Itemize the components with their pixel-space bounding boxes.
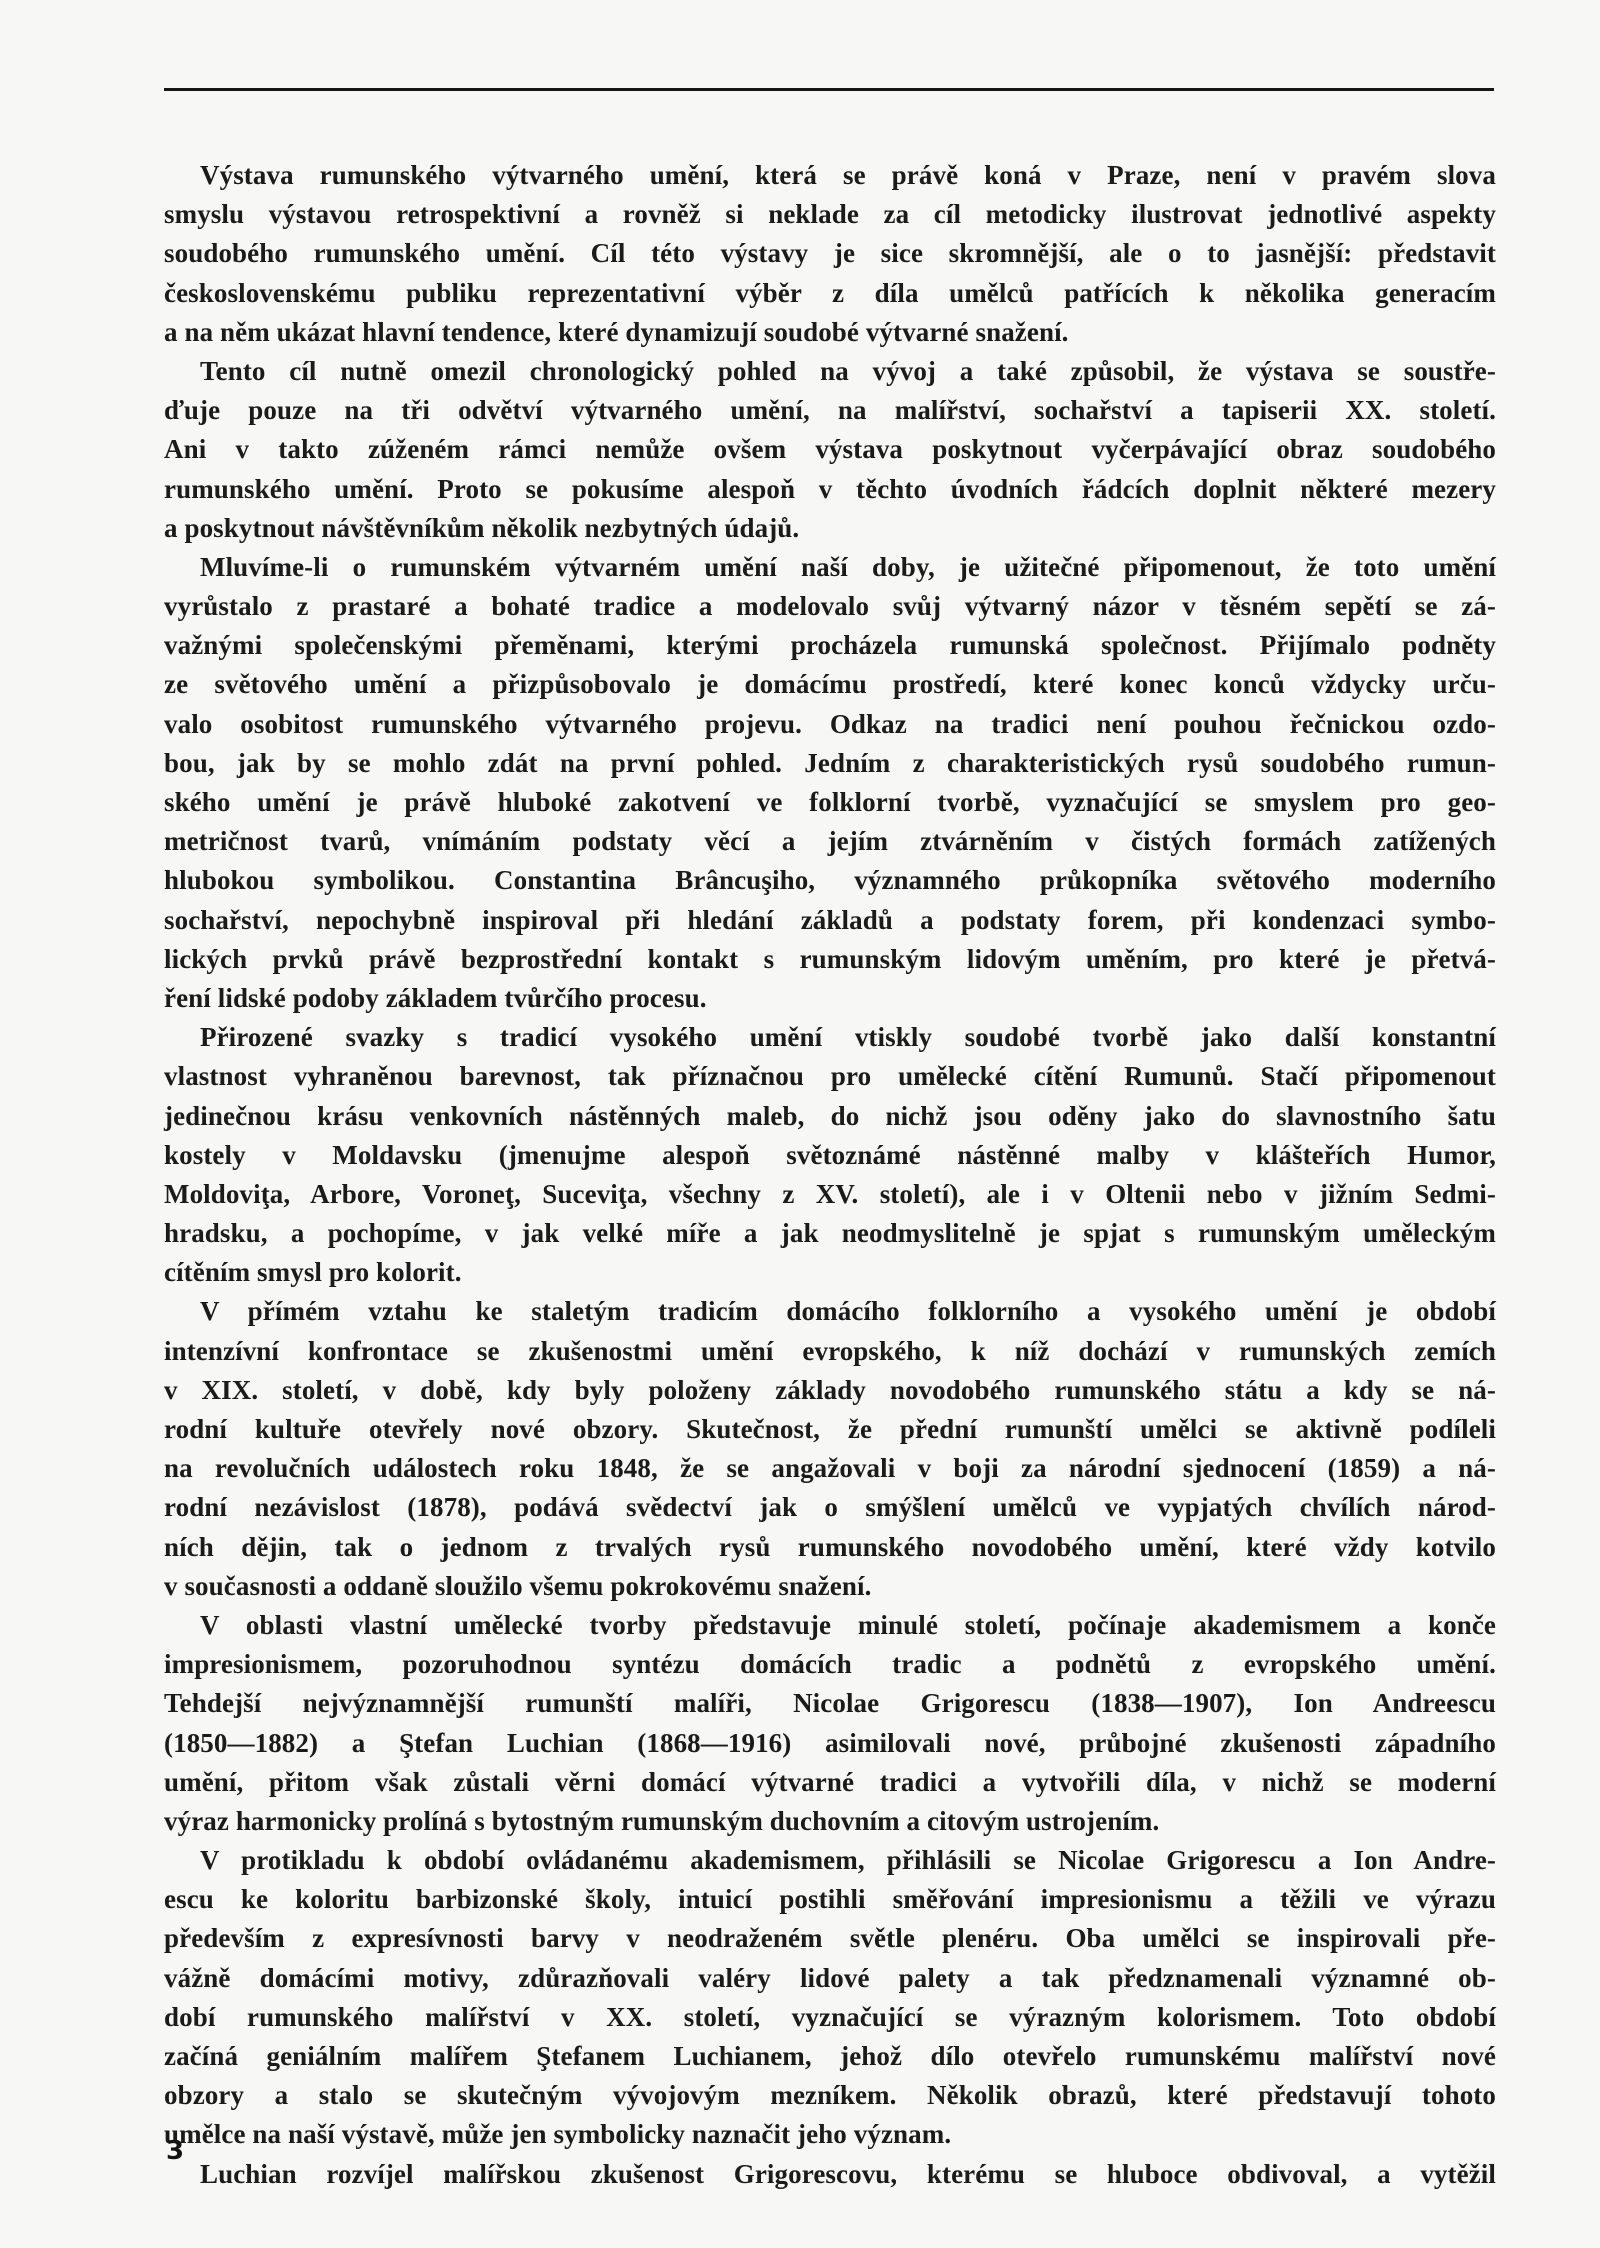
text-line: ze světového umění a přizpůsobovalo je d… [164,665,1496,704]
text-line: Luchian rozvíjel malířskou zkušenost Gri… [164,2155,1496,2194]
text-line-content: na revolučních událostech roku 1848, že … [164,1449,1496,1488]
text-line: a na něm ukázat hlavní tendence, které d… [164,313,1496,352]
text-line-content: rodní kultuře otevřely nové obzory. Skut… [164,1410,1496,1449]
text-line: Přirozené svazky s tradicí vysokého uměn… [164,1018,1496,1057]
header-rule [164,88,1494,91]
text-line: (1850—1882) a Ştefan Luchian (1868—1916)… [164,1724,1496,1763]
text-line-content: escu ke koloritu barbizonské školy, intu… [164,1880,1496,1919]
text-line-content: vlastnost vyhraněnou barevnost, tak příz… [164,1057,1496,1096]
text-line-content: a poskytnout návštěvníkům několik nezbyt… [164,509,1496,548]
text-line: sochařství, nepochybně inspiroval při hl… [164,901,1496,940]
text-line: rumunského umění. Proto se pokusíme ales… [164,470,1496,509]
text-line: kostely v Moldavsku (jmenujme alespoň sv… [164,1136,1496,1175]
paragraph: Přirozené svazky s tradicí vysokého uměn… [164,1018,1496,1292]
paragraph: Tento cíl nutně omezil chronologický poh… [164,352,1496,548]
text-line-content: ření lidské podoby základem tvůrčího pro… [164,979,1496,1018]
text-line-content: kostely v Moldavsku (jmenujme alespoň sv… [164,1136,1496,1175]
text-line-content: soudobého rumunského umění. Cíl této výs… [164,234,1496,273]
text-line: lických prvků právě bezprostřední kontak… [164,940,1496,979]
text-line-content: rumunského umění. Proto se pokusíme ales… [164,470,1496,509]
text-line-content: vyrůstalo z prastaré a bohaté tradice a … [164,587,1496,626]
text-line-content: obzory a stalo se skutečným vývojovým me… [164,2076,1496,2115]
text-line-content: impresionismem, pozoruhodnou syntézu dom… [164,1645,1496,1684]
text-line-content: smyslu výstavou retrospektivní a rovněž … [164,195,1496,234]
text-line-content: Tehdejší nejvýznamnější rumunští malíři,… [164,1684,1496,1723]
text-line: jedinečnou krásu venkovních nástěnných m… [164,1097,1496,1136]
text-line-content: rodní nezávislost (1878), podává svědect… [164,1488,1496,1527]
text-line-content: V oblasti vlastní umělecké tvorby předst… [200,1606,1496,1645]
text-line: začíná geniálním malířem Ştefanem Luchia… [164,2037,1496,2076]
text-line-content: umění, přitom však zůstali věrni domácí … [164,1763,1496,1802]
text-line-content: lických prvků právě bezprostřední kontak… [164,940,1496,979]
page-number: 3 [166,2136,184,2166]
text-line-content: Výstava rumunského výtvarného umění, kte… [200,156,1496,195]
text-line-content: (1850—1882) a Ştefan Luchian (1868—1916)… [164,1724,1496,1763]
text-line-content: hradsku, a pochopíme, v jak velké míře a… [164,1214,1496,1253]
text-line-content: výraz harmonicky prolíná s bytostným rum… [164,1802,1496,1841]
text-line: dobí rumunského malířství v XX. století,… [164,1998,1496,2037]
text-line-content: Tento cíl nutně omezil chronologický poh… [200,352,1496,391]
text-line: Výstava rumunského výtvarného umění, kte… [164,156,1496,195]
paragraph: Luchian rozvíjel malířskou zkušenost Gri… [164,2155,1496,2194]
article-body: Výstava rumunského výtvarného umění, kte… [164,156,1496,2194]
text-line: Moldoviţa, Arbore, Voroneţ, Suceviţa, vš… [164,1175,1496,1214]
text-line: v XIX. století, v době, kdy byly položen… [164,1371,1496,1410]
text-line: vlastnost vyhraněnou barevnost, tak příz… [164,1057,1496,1096]
text-line-content: ďuje pouze na tři odvětví výtvarného umě… [164,391,1496,430]
text-line: ření lidské podoby základem tvůrčího pro… [164,979,1496,1018]
text-line-content: Moldoviţa, Arbore, Voroneţ, Suceviţa, vš… [164,1175,1496,1214]
text-line: ského umění je právě hluboké zakotvení v… [164,783,1496,822]
text-line-content: sochařství, nepochybně inspiroval při hl… [164,901,1496,940]
text-line-content: V protikladu k období ovládanému akademi… [200,1841,1496,1880]
text-line: československému publiku reprezentativní… [164,274,1496,313]
text-line-content: valo osobitost rumunského výtvarného pro… [164,705,1496,744]
text-line-content: Přirozené svazky s tradicí vysokého uměn… [200,1018,1496,1057]
text-line: V přímém vztahu ke staletým tradicím dom… [164,1292,1496,1331]
text-line: rodní nezávislost (1878), podává svědect… [164,1488,1496,1527]
text-line-content: ních dějin, tak o jednom z trvalých rysů… [164,1528,1496,1567]
text-line-content: važnými společenskými přeměnami, kterými… [164,626,1496,665]
text-line: vážně domácími motivy, zdůrazňovali valé… [164,1959,1496,1998]
text-line: soudobého rumunského umění. Cíl této výs… [164,234,1496,273]
text-line: valo osobitost rumunského výtvarného pro… [164,705,1496,744]
text-line-content: ze světového umění a přizpůsobovalo je d… [164,665,1496,704]
text-line: na revolučních událostech roku 1848, že … [164,1449,1496,1488]
text-line-content: jedinečnou krásu venkovních nástěnných m… [164,1097,1496,1136]
text-line: umělce na naší výstavě, může jen symboli… [164,2115,1496,2154]
text-line: Mluvíme-li o rumunském výtvarném umění n… [164,548,1496,587]
text-line: escu ke koloritu barbizonské školy, intu… [164,1880,1496,1919]
paragraph: V protikladu k období ovládanému akademi… [164,1841,1496,2155]
text-line-content: dobí rumunského malířství v XX. století,… [164,1998,1496,2037]
text-line: Ani v takto zúženém rámci nemůže ovšem v… [164,430,1496,469]
text-line: bou, jak by se mohlo zdát na první pohle… [164,744,1496,783]
text-line: V oblasti vlastní umělecké tvorby předst… [164,1606,1496,1645]
text-line-content: metričnost tvarů, vnímáním podstaty věcí… [164,822,1496,861]
paragraph: Mluvíme-li o rumunském výtvarném umění n… [164,548,1496,1018]
text-line: obzory a stalo se skutečným vývojovým me… [164,2076,1496,2115]
paragraph: V oblasti vlastní umělecké tvorby předst… [164,1606,1496,1841]
text-line-content: Ani v takto zúženém rámci nemůže ovšem v… [164,430,1496,469]
text-line-content: V přímém vztahu ke staletým tradicím dom… [200,1292,1496,1331]
text-line: intenzívní konfrontace se zkušenostmi um… [164,1332,1496,1371]
text-line: smyslu výstavou retrospektivní a rovněž … [164,195,1496,234]
text-line-content: Luchian rozvíjel malířskou zkušenost Gri… [200,2155,1496,2194]
text-line: ních dějin, tak o jednom z trvalých rysů… [164,1528,1496,1567]
text-line-content: a na něm ukázat hlavní tendence, které d… [164,313,1496,352]
text-line: a poskytnout návštěvníkům několik nezbyt… [164,509,1496,548]
text-line: cítěním smysl pro kolorit. [164,1253,1496,1292]
text-line: hradsku, a pochopíme, v jak velké míře a… [164,1214,1496,1253]
text-line: rodní kultuře otevřely nové obzory. Skut… [164,1410,1496,1449]
text-line: výraz harmonicky prolíná s bytostným rum… [164,1802,1496,1841]
text-line-content: intenzívní konfrontace se zkušenostmi um… [164,1332,1496,1371]
paragraph: Výstava rumunského výtvarného umění, kte… [164,156,1496,352]
text-line-content: v XIX. století, v době, kdy byly položen… [164,1371,1496,1410]
text-line: v současnosti a oddaně sloužilo všemu po… [164,1567,1496,1606]
text-line: umění, přitom však zůstali věrni domácí … [164,1763,1496,1802]
text-line: vyrůstalo z prastaré a bohaté tradice a … [164,587,1496,626]
text-line: V protikladu k období ovládanému akademi… [164,1841,1496,1880]
text-line-content: začíná geniálním malířem Ştefanem Luchia… [164,2037,1496,2076]
text-line: hlubokou symbolikou. Constantina Brâncuş… [164,861,1496,900]
text-line-content: v současnosti a oddaně sloužilo všemu po… [164,1567,1496,1606]
text-line: metričnost tvarů, vnímáním podstaty věcí… [164,822,1496,861]
text-line-content: Mluvíme-li o rumunském výtvarném umění n… [200,548,1496,587]
text-line-content: cítěním smysl pro kolorit. [164,1253,1496,1292]
text-line: především z expresívnosti barvy v neodra… [164,1919,1496,1958]
text-line-content: bou, jak by se mohlo zdát na první pohle… [164,744,1496,783]
text-line: ďuje pouze na tři odvětví výtvarného umě… [164,391,1496,430]
text-line: Tento cíl nutně omezil chronologický poh… [164,352,1496,391]
paragraph: V přímém vztahu ke staletým tradicím dom… [164,1292,1496,1606]
text-line: Tehdejší nejvýznamnější rumunští malíři,… [164,1684,1496,1723]
text-line-content: ského umění je právě hluboké zakotvení v… [164,783,1496,822]
text-line: važnými společenskými přeměnami, kterými… [164,626,1496,665]
text-line-content: československému publiku reprezentativní… [164,274,1496,313]
text-line-content: umělce na naší výstavě, může jen symboli… [164,2115,1496,2154]
text-line-content: především z expresívnosti barvy v neodra… [164,1919,1496,1958]
text-line-content: hlubokou symbolikou. Constantina Brâncuş… [164,861,1496,900]
text-line-content: vážně domácími motivy, zdůrazňovali valé… [164,1959,1496,1998]
text-line: impresionismem, pozoruhodnou syntézu dom… [164,1645,1496,1684]
